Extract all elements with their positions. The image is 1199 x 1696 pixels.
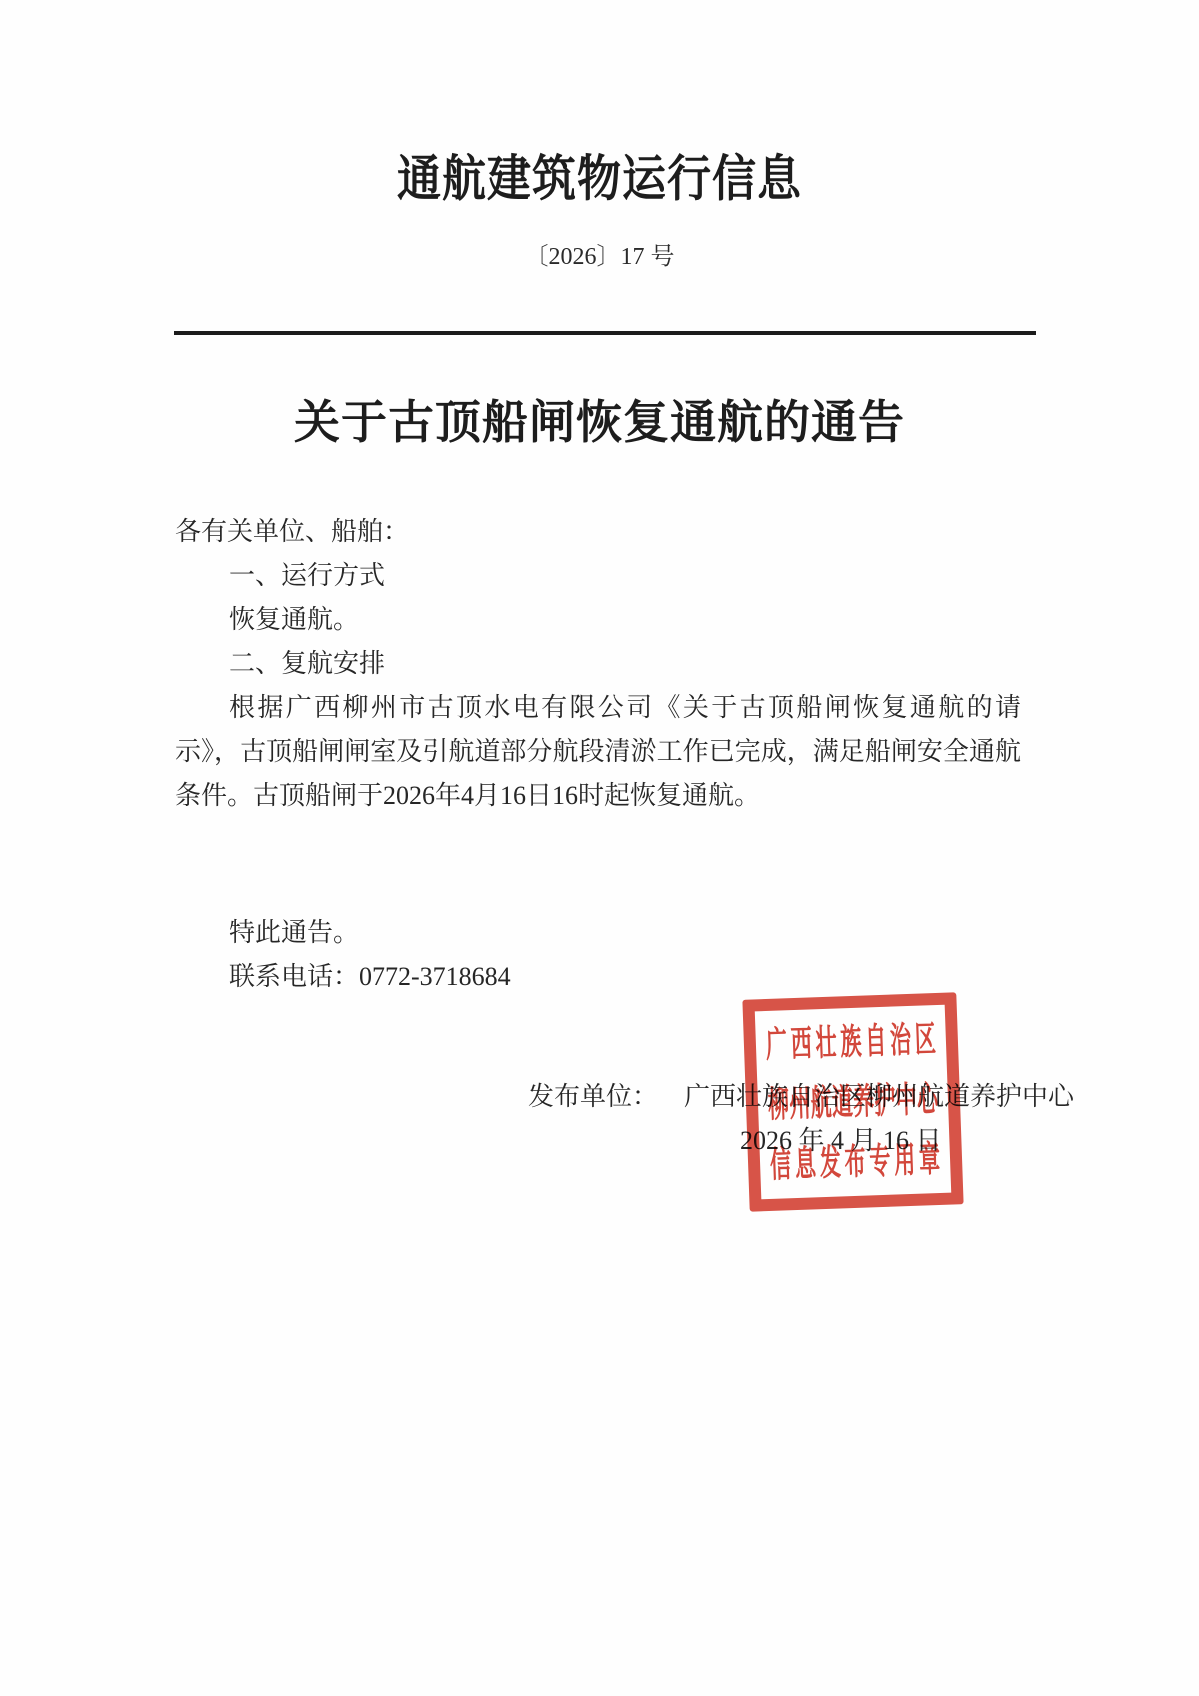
section-2-heading: 二、复航安排 (175, 642, 1021, 686)
publisher-label: 发布单位： (528, 1082, 658, 1111)
notice-body: 各有关单位、船舶： 一、运行方式 恢复通航。 二、复航安排 根据广西柳州市古顶水… (175, 510, 1021, 818)
document-number: 〔2026〕17 号 (0, 236, 1199, 271)
section-1-content: 恢复通航。 (175, 598, 1021, 642)
document-header-title: 通航建筑物运行信息 (0, 138, 1199, 210)
header-divider-line (174, 331, 1036, 335)
section-1-heading: 一、运行方式 (175, 554, 1021, 598)
salutation-line: 各有关单位、船舶： (175, 510, 1021, 554)
official-red-stamp: 广西壮族自治区 柳州航道养护中心 信息发布专用章 (742, 992, 963, 1211)
section-2-paragraph: 根据广西柳州市古顶水电有限公司《关于古顶船闸恢复通航的请示》，古顶船闸闸室及引航… (175, 686, 1021, 818)
closing-line: 特此通告。 (175, 911, 1021, 955)
closing-block: 特此通告。 联系电话：0772-3718684 (175, 911, 1021, 999)
stamp-line-seal-purpose: 信息发布专用章 (758, 1108, 951, 1217)
document-page: 通航建筑物运行信息 〔2026〕17 号 关于古顶船闸恢复通航的通告 各有关单位… (0, 0, 1199, 1696)
notice-title: 关于古顶船闸恢复通航的通告 (0, 386, 1199, 452)
